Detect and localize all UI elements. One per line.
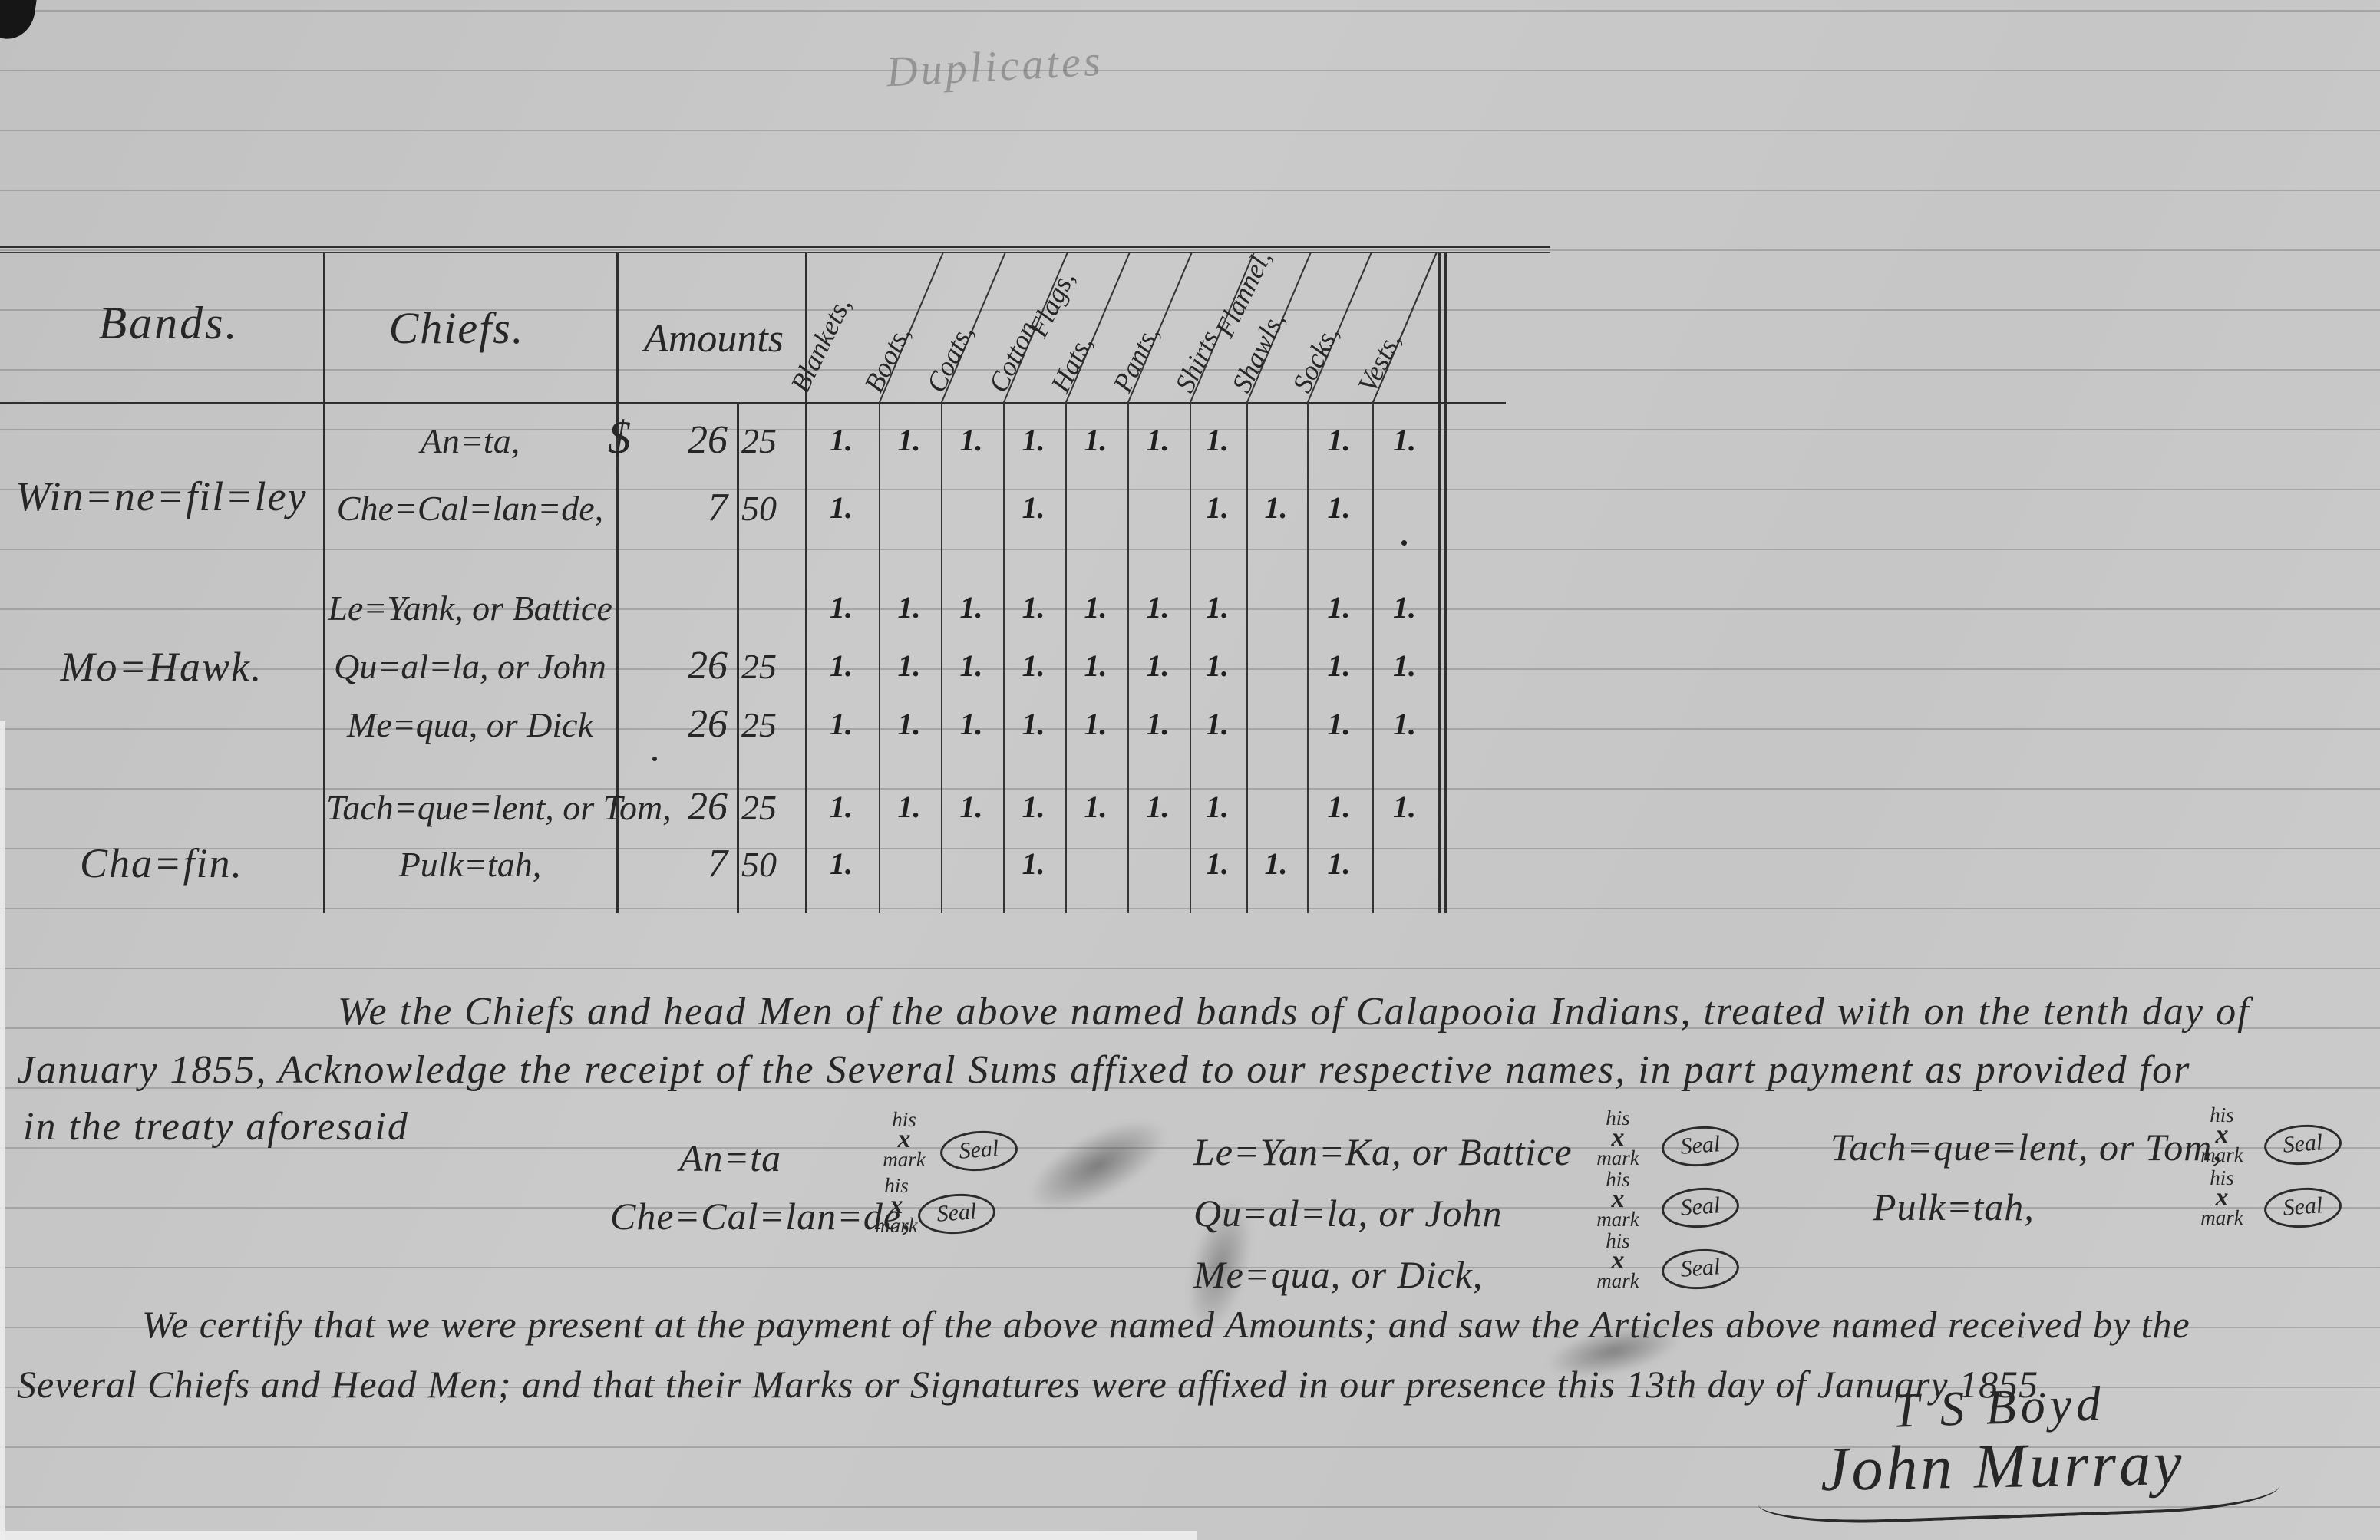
issue-mark: 1. xyxy=(960,706,983,742)
issue-mark: 1. xyxy=(1265,846,1288,882)
issue-mark: 1. xyxy=(830,490,853,526)
issue-mark: 1. xyxy=(1022,490,1045,526)
seal: Seal xyxy=(1660,1247,1740,1292)
his-mark: hisxmark xyxy=(1580,1232,1656,1290)
acknowledgment-line-1: We the Chiefs and head Men of the above … xyxy=(338,991,2250,1034)
his-mark-text: mark xyxy=(2184,1209,2260,1227)
issue-mark: 1. xyxy=(830,422,853,458)
table-line xyxy=(0,246,1550,248)
chief-name: Che=Cal=lan=de, xyxy=(326,488,614,529)
issue-mark: 1. xyxy=(830,706,853,742)
issue-mark: 1. xyxy=(1328,648,1351,684)
item-column-header: Boots, xyxy=(857,321,917,397)
signatory-name: Qu=al=la, or John xyxy=(1193,1191,1503,1235)
witness-signature-boyd: T S Boyd xyxy=(1891,1377,2106,1436)
table-line xyxy=(1127,402,1129,913)
table-line xyxy=(737,402,739,913)
issue-mark: 1. xyxy=(1206,846,1229,882)
amount-dollars: 26 xyxy=(619,643,728,688)
issue-mark: 1. xyxy=(1328,789,1351,825)
issue-mark: 1. xyxy=(830,789,853,825)
issue-mark: 1. xyxy=(1328,422,1351,458)
issue-mark: 1. xyxy=(1393,789,1416,825)
signatory-name: Pulk=tah, xyxy=(1873,1185,2035,1229)
item-column-header: Coats, xyxy=(919,319,980,397)
issue-mark: 1. xyxy=(1022,789,1045,825)
scan-corner-mark xyxy=(0,0,37,42)
issue-mark: 1. xyxy=(1147,422,1170,458)
signatory-name: An=ta xyxy=(679,1136,781,1180)
item-column-header: Socks, xyxy=(1286,321,1345,397)
table-line xyxy=(1190,402,1191,913)
signatory-name: Tach=que=lent, or Tom, xyxy=(1830,1125,2223,1169)
issue-mark: 1. xyxy=(1393,706,1416,742)
issue-mark: 1. xyxy=(1022,422,1045,458)
his-mark-text: mark xyxy=(2184,1146,2260,1164)
table-line xyxy=(323,253,325,913)
his-mark-text: mark xyxy=(1580,1272,1656,1290)
issue-mark: 1. xyxy=(1147,706,1170,742)
seal: Seal xyxy=(939,1129,1018,1174)
issue-mark: 1. xyxy=(1328,589,1351,625)
certification-line-2: Several Chiefs and Head Men; and that th… xyxy=(17,1364,2049,1405)
ink-dot xyxy=(652,757,657,761)
ledger-document-scan: Duplicates Bands. Chiefs. Amounts We the… xyxy=(0,0,2380,1540)
table-line xyxy=(1003,402,1005,913)
pencil-note-duplicates: Duplicates xyxy=(886,39,1104,96)
his-mark-text: mark xyxy=(866,1151,942,1169)
issue-mark: 1. xyxy=(1393,589,1416,625)
issue-mark: 1. xyxy=(1084,648,1107,684)
his-mark: hisxmark xyxy=(2184,1106,2260,1164)
table-line xyxy=(1372,402,1374,913)
issue-mark: 1. xyxy=(1147,589,1170,625)
issue-mark: 1. xyxy=(830,846,853,882)
issue-mark: 1. xyxy=(960,422,983,458)
amount-cents: 50 xyxy=(741,488,806,529)
his-mark: hisxmark xyxy=(866,1111,942,1169)
chief-name: An=ta, xyxy=(326,420,614,461)
his-mark-text: mark xyxy=(1580,1211,1656,1228)
his-mark: hisxmark xyxy=(1580,1110,1656,1167)
issue-mark: 1. xyxy=(830,648,853,684)
issue-mark: 1. xyxy=(960,789,983,825)
amount-cents: 25 xyxy=(741,704,806,745)
amount-dollars: 26 xyxy=(619,784,728,829)
table-line xyxy=(1438,253,1441,913)
amount-dollars: 7 xyxy=(619,485,728,530)
table-line xyxy=(1246,402,1248,913)
ink-smudge xyxy=(1015,1102,1180,1229)
issue-mark: 1. xyxy=(1328,706,1351,742)
amount-dollars: 26 xyxy=(619,417,728,463)
seal: Seal xyxy=(2263,1186,2342,1231)
issue-mark: 1. xyxy=(1206,490,1229,526)
issue-mark: 1. xyxy=(1084,706,1107,742)
ink-dot xyxy=(1401,540,1407,546)
signatory-name: Me=qua, or Dick, xyxy=(1193,1252,1483,1297)
his-mark-text: mark xyxy=(1580,1149,1656,1167)
issue-mark: 1. xyxy=(1206,706,1229,742)
issue-mark: 1. xyxy=(960,589,983,625)
chief-name: Pulk=tah, xyxy=(326,844,614,885)
issue-mark: 1. xyxy=(898,648,921,684)
item-column-header: Hats, xyxy=(1044,330,1099,397)
amounts-column-header: Amounts xyxy=(626,318,802,361)
issue-mark: 1. xyxy=(1022,846,1045,882)
issue-mark: 1. xyxy=(1265,490,1288,526)
issue-mark: 1. xyxy=(1206,648,1229,684)
table-line xyxy=(1444,253,1447,913)
table-line xyxy=(941,402,942,913)
issue-mark: 1. xyxy=(1084,789,1107,825)
certification-line-1: We certify that we were present at the p… xyxy=(142,1304,2190,1345)
issue-mark: 1. xyxy=(898,706,921,742)
band-name: Win=ne=fil=ley xyxy=(0,473,323,520)
band-name: Mo=Hawk. xyxy=(0,643,323,691)
issue-mark: 1. xyxy=(1084,422,1107,458)
issue-mark: 1. xyxy=(1393,422,1416,458)
bands-column-header: Bands. xyxy=(73,299,265,348)
issue-mark: 1. xyxy=(1147,648,1170,684)
chief-name: Tach=que=lent, or Tom, xyxy=(326,787,614,828)
issue-mark: 1. xyxy=(830,589,853,625)
seal: Seal xyxy=(2263,1123,2342,1168)
table-line xyxy=(1065,402,1067,913)
acknowledgment-line-2: January 1855, Acknowledge the receipt of… xyxy=(17,1050,2190,1092)
issue-mark: 1. xyxy=(1022,589,1045,625)
issue-mark: 1. xyxy=(1022,706,1045,742)
amount-cents: 50 xyxy=(741,844,806,885)
signatory-name: Le=Yan=Ka, or Battice xyxy=(1193,1129,1573,1174)
issue-mark: 1. xyxy=(1022,648,1045,684)
issue-mark: 1. xyxy=(1147,789,1170,825)
table-line xyxy=(0,252,1550,253)
scan-edge-strip xyxy=(0,1531,1197,1540)
table-line xyxy=(0,402,1506,404)
chief-name: Me=qua, or Dick xyxy=(326,704,614,745)
issue-mark: 1. xyxy=(1206,422,1229,458)
issue-mark: 1. xyxy=(898,789,921,825)
issue-mark: 1. xyxy=(1328,846,1351,882)
seal: Seal xyxy=(1660,1124,1740,1169)
table-line xyxy=(1307,402,1309,913)
issue-mark: 1. xyxy=(1206,589,1229,625)
chief-name: Qu=al=la, or John xyxy=(326,646,614,687)
table-line xyxy=(879,402,880,913)
issue-mark: 1. xyxy=(1206,789,1229,825)
issue-mark: 1. xyxy=(1084,589,1107,625)
amount-dollars: 7 xyxy=(619,841,728,886)
item-column-header: Pants, xyxy=(1106,321,1166,397)
issue-mark: 1. xyxy=(960,648,983,684)
seal: Seal xyxy=(1660,1186,1740,1231)
chief-name: Le=Yank, or Battice xyxy=(326,588,614,628)
band-name: Cha=fin. xyxy=(0,839,323,887)
issue-mark: 1. xyxy=(898,422,921,458)
his-mark: hisxmark xyxy=(1580,1171,1656,1228)
item-column-header: Shirts xyxy=(1168,325,1226,397)
item-column-header: Vests, xyxy=(1351,328,1407,397)
his-mark: hisxmark xyxy=(2184,1169,2260,1227)
amount-dollars: 26 xyxy=(619,701,728,747)
issue-mark: 1. xyxy=(1393,648,1416,684)
acknowledgment-line-3: in the treaty aforesaid xyxy=(23,1106,409,1149)
amount-cents: 25 xyxy=(741,646,806,687)
amount-cents: 25 xyxy=(741,420,806,461)
amount-cents: 25 xyxy=(741,787,806,828)
issue-mark: 1. xyxy=(1328,490,1351,526)
issue-mark: 1. xyxy=(898,589,921,625)
chiefs-column-header: Chiefs. xyxy=(361,305,553,352)
